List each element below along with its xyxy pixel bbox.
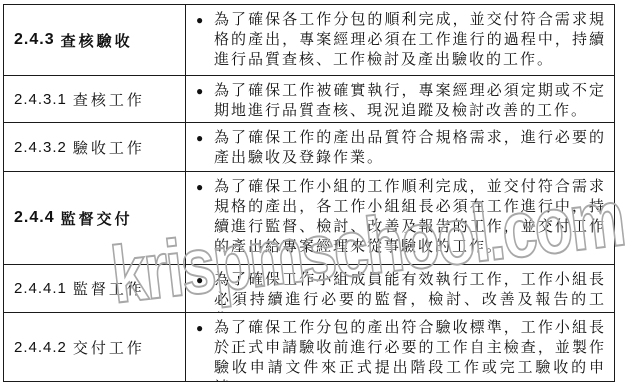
- section-number: 2.4.4.2: [14, 339, 67, 356]
- section-number: 2.4.4.1: [14, 280, 67, 297]
- section-number: 2.4.4: [14, 209, 55, 227]
- bullet-icon: ●: [196, 10, 214, 30]
- row-label-cell: 2.4.4.1 監督工作: [4, 265, 186, 312]
- table-row: 2.4.3.1 查核工作 ● 為了確保工作被確實執行，專案經理必須定期或不定期地…: [4, 75, 614, 122]
- section-title: 驗收工作: [73, 137, 145, 158]
- document-page: krispmschool.com 2.4.3 查核驗收 ● 為了確保各工作分包的…: [0, 0, 626, 391]
- table-row: 2.4.4.2 交付工作 ● 為了確保工作分包的產出符合驗收標準，工作小組長於正…: [4, 312, 614, 381]
- section-number: 2.4.3.2: [14, 139, 67, 156]
- section-number: 2.4.3: [14, 31, 55, 49]
- row-desc-cell: ● 為了確保各工作分包的順利完成，並交付符合需求規格的產出，專案經理必須在工作進…: [186, 5, 614, 75]
- row-desc-cell: ● 為了確保工作的產出品質符合規格需求，進行必要的產出驗收及登錄作業。: [186, 123, 614, 171]
- row-desc-text: 為了確保工作小組的工作順利完成，並交付符合需求規格的產出，各工作小組組長必須在工…: [214, 177, 606, 257]
- row-desc-text: 為了確保工作小組成員能有效執行工作，工作小組長必須持續進行必要的監督，檢討、改善…: [214, 270, 606, 312]
- section-title: 監督工作: [73, 278, 145, 299]
- bullet-icon: ●: [196, 270, 214, 290]
- row-desc-cell: ● 為了確保工作小組成員能有效執行工作，工作小組長必須持續進行必要的監督，檢討、…: [186, 265, 614, 312]
- section-title: 監督交付: [61, 208, 133, 229]
- row-label-cell: 2.4.3 查核驗收: [4, 5, 186, 75]
- bullet-icon: ●: [196, 177, 214, 197]
- row-label-cell: 2.4.4 監督交付: [4, 172, 186, 264]
- row-desc-cell: ● 為了確保工作小組的工作順利完成，並交付符合需求規格的產出，各工作小組組長必須…: [186, 172, 614, 264]
- row-label-cell: 2.4.4.2 交付工作: [4, 313, 186, 381]
- section-title: 交付工作: [73, 337, 145, 358]
- row-desc-text: 為了確保工作的產出品質符合規格需求，進行必要的產出驗收及登錄作業。: [214, 128, 606, 168]
- bullet-icon: ●: [196, 318, 214, 338]
- row-label-cell: 2.4.3.1 查核工作: [4, 76, 186, 122]
- section-number: 2.4.3.1: [14, 91, 67, 108]
- row-label-cell: 2.4.3.2 驗收工作: [4, 123, 186, 171]
- section-title: 查核工作: [73, 89, 145, 110]
- table-row: 2.4.3.2 驗收工作 ● 為了確保工作的產出品質符合規格需求，進行必要的產出…: [4, 122, 614, 171]
- wbs-dictionary-table: 2.4.3 查核驗收 ● 為了確保各工作分包的順利完成，並交付符合需求規格的產出…: [3, 4, 615, 382]
- table-row: 2.4.4 監督交付 ● 為了確保工作小組的工作順利完成，並交付符合需求規格的產…: [4, 171, 614, 264]
- row-desc-cell: ● 為了確保工作分包的產出符合驗收標準，工作小組長於正式申請驗收前進行必要的工作…: [186, 313, 614, 381]
- row-desc-text: 為了確保工作分包的產出符合驗收標準，工作小組長於正式申請驗收前進行必要的工作自主…: [214, 318, 606, 381]
- row-desc-text: 為了確保各工作分包的順利完成，並交付符合需求規格的產出，專案經理必須在工作進行的…: [214, 10, 606, 70]
- bullet-icon: ●: [196, 81, 214, 101]
- bullet-icon: ●: [196, 128, 214, 148]
- table-row: 2.4.4.1 監督工作 ● 為了確保工作小組成員能有效執行工作，工作小組長必須…: [4, 264, 614, 312]
- row-desc-text: 為了確保工作被確實執行，專案經理必須定期或不定期地進行品質查核、現況追蹤及檢討改…: [214, 81, 606, 121]
- section-title: 查核驗收: [61, 30, 133, 51]
- row-desc-cell: ● 為了確保工作被確實執行，專案經理必須定期或不定期地進行品質查核、現況追蹤及檢…: [186, 76, 614, 122]
- table-row: 2.4.3 查核驗收 ● 為了確保各工作分包的順利完成，並交付符合需求規格的產出…: [4, 5, 614, 75]
